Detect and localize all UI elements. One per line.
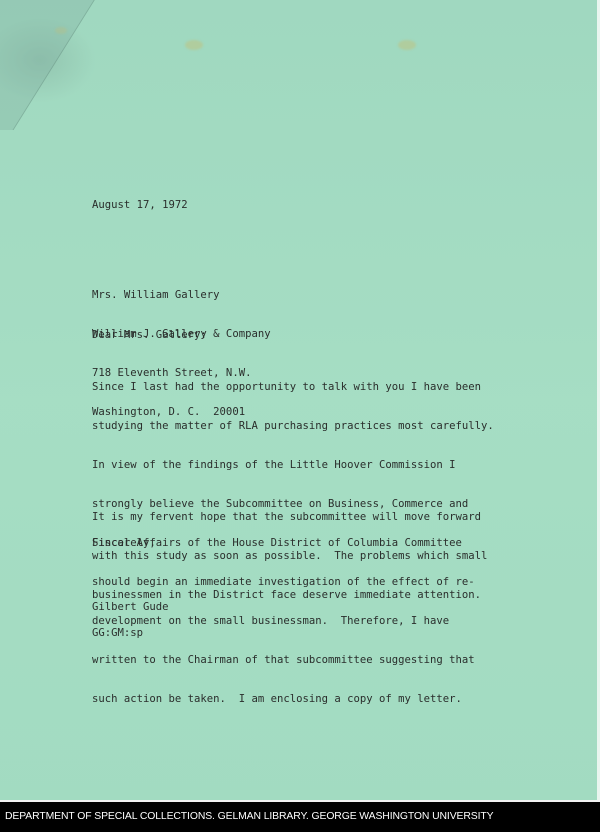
paper-stain: [185, 40, 203, 50]
reference-initials: GG:GM:sp: [92, 627, 143, 640]
paragraph-line: written to the Chairman of that subcommi…: [92, 654, 494, 667]
paragraph-line: such action be taken. I am enclosing a c…: [92, 693, 494, 706]
signer-name: Gilbert Gude: [92, 601, 169, 614]
letter-date: August 17, 1972: [92, 199, 188, 212]
paragraph-line: In view of the findings of the Little Ho…: [92, 459, 494, 472]
paragraph-line: studying the matter of RLA purchasing pr…: [92, 420, 494, 433]
paper-stain: [55, 27, 67, 34]
paragraph-line: with this study as soon as possible. The…: [92, 550, 487, 563]
letter-page: August 17, 1972 Mrs. William Gallery Wil…: [0, 0, 600, 800]
paper-fold-shadow: [0, 0, 101, 130]
paragraph-line: It is my fervent hope that the subcommit…: [92, 511, 487, 524]
salutation: Dear Mrs. Gallery:: [92, 329, 207, 342]
archive-credit-footer: DEPARTMENT OF SPECIAL COLLECTIONS. GELMA…: [0, 802, 600, 832]
paper-stain: [398, 40, 416, 50]
closing: Sincerely,: [92, 537, 156, 550]
address-line: Mrs. William Gallery: [92, 289, 271, 302]
paragraph-line: Since I last had the opportunity to talk…: [92, 381, 494, 394]
